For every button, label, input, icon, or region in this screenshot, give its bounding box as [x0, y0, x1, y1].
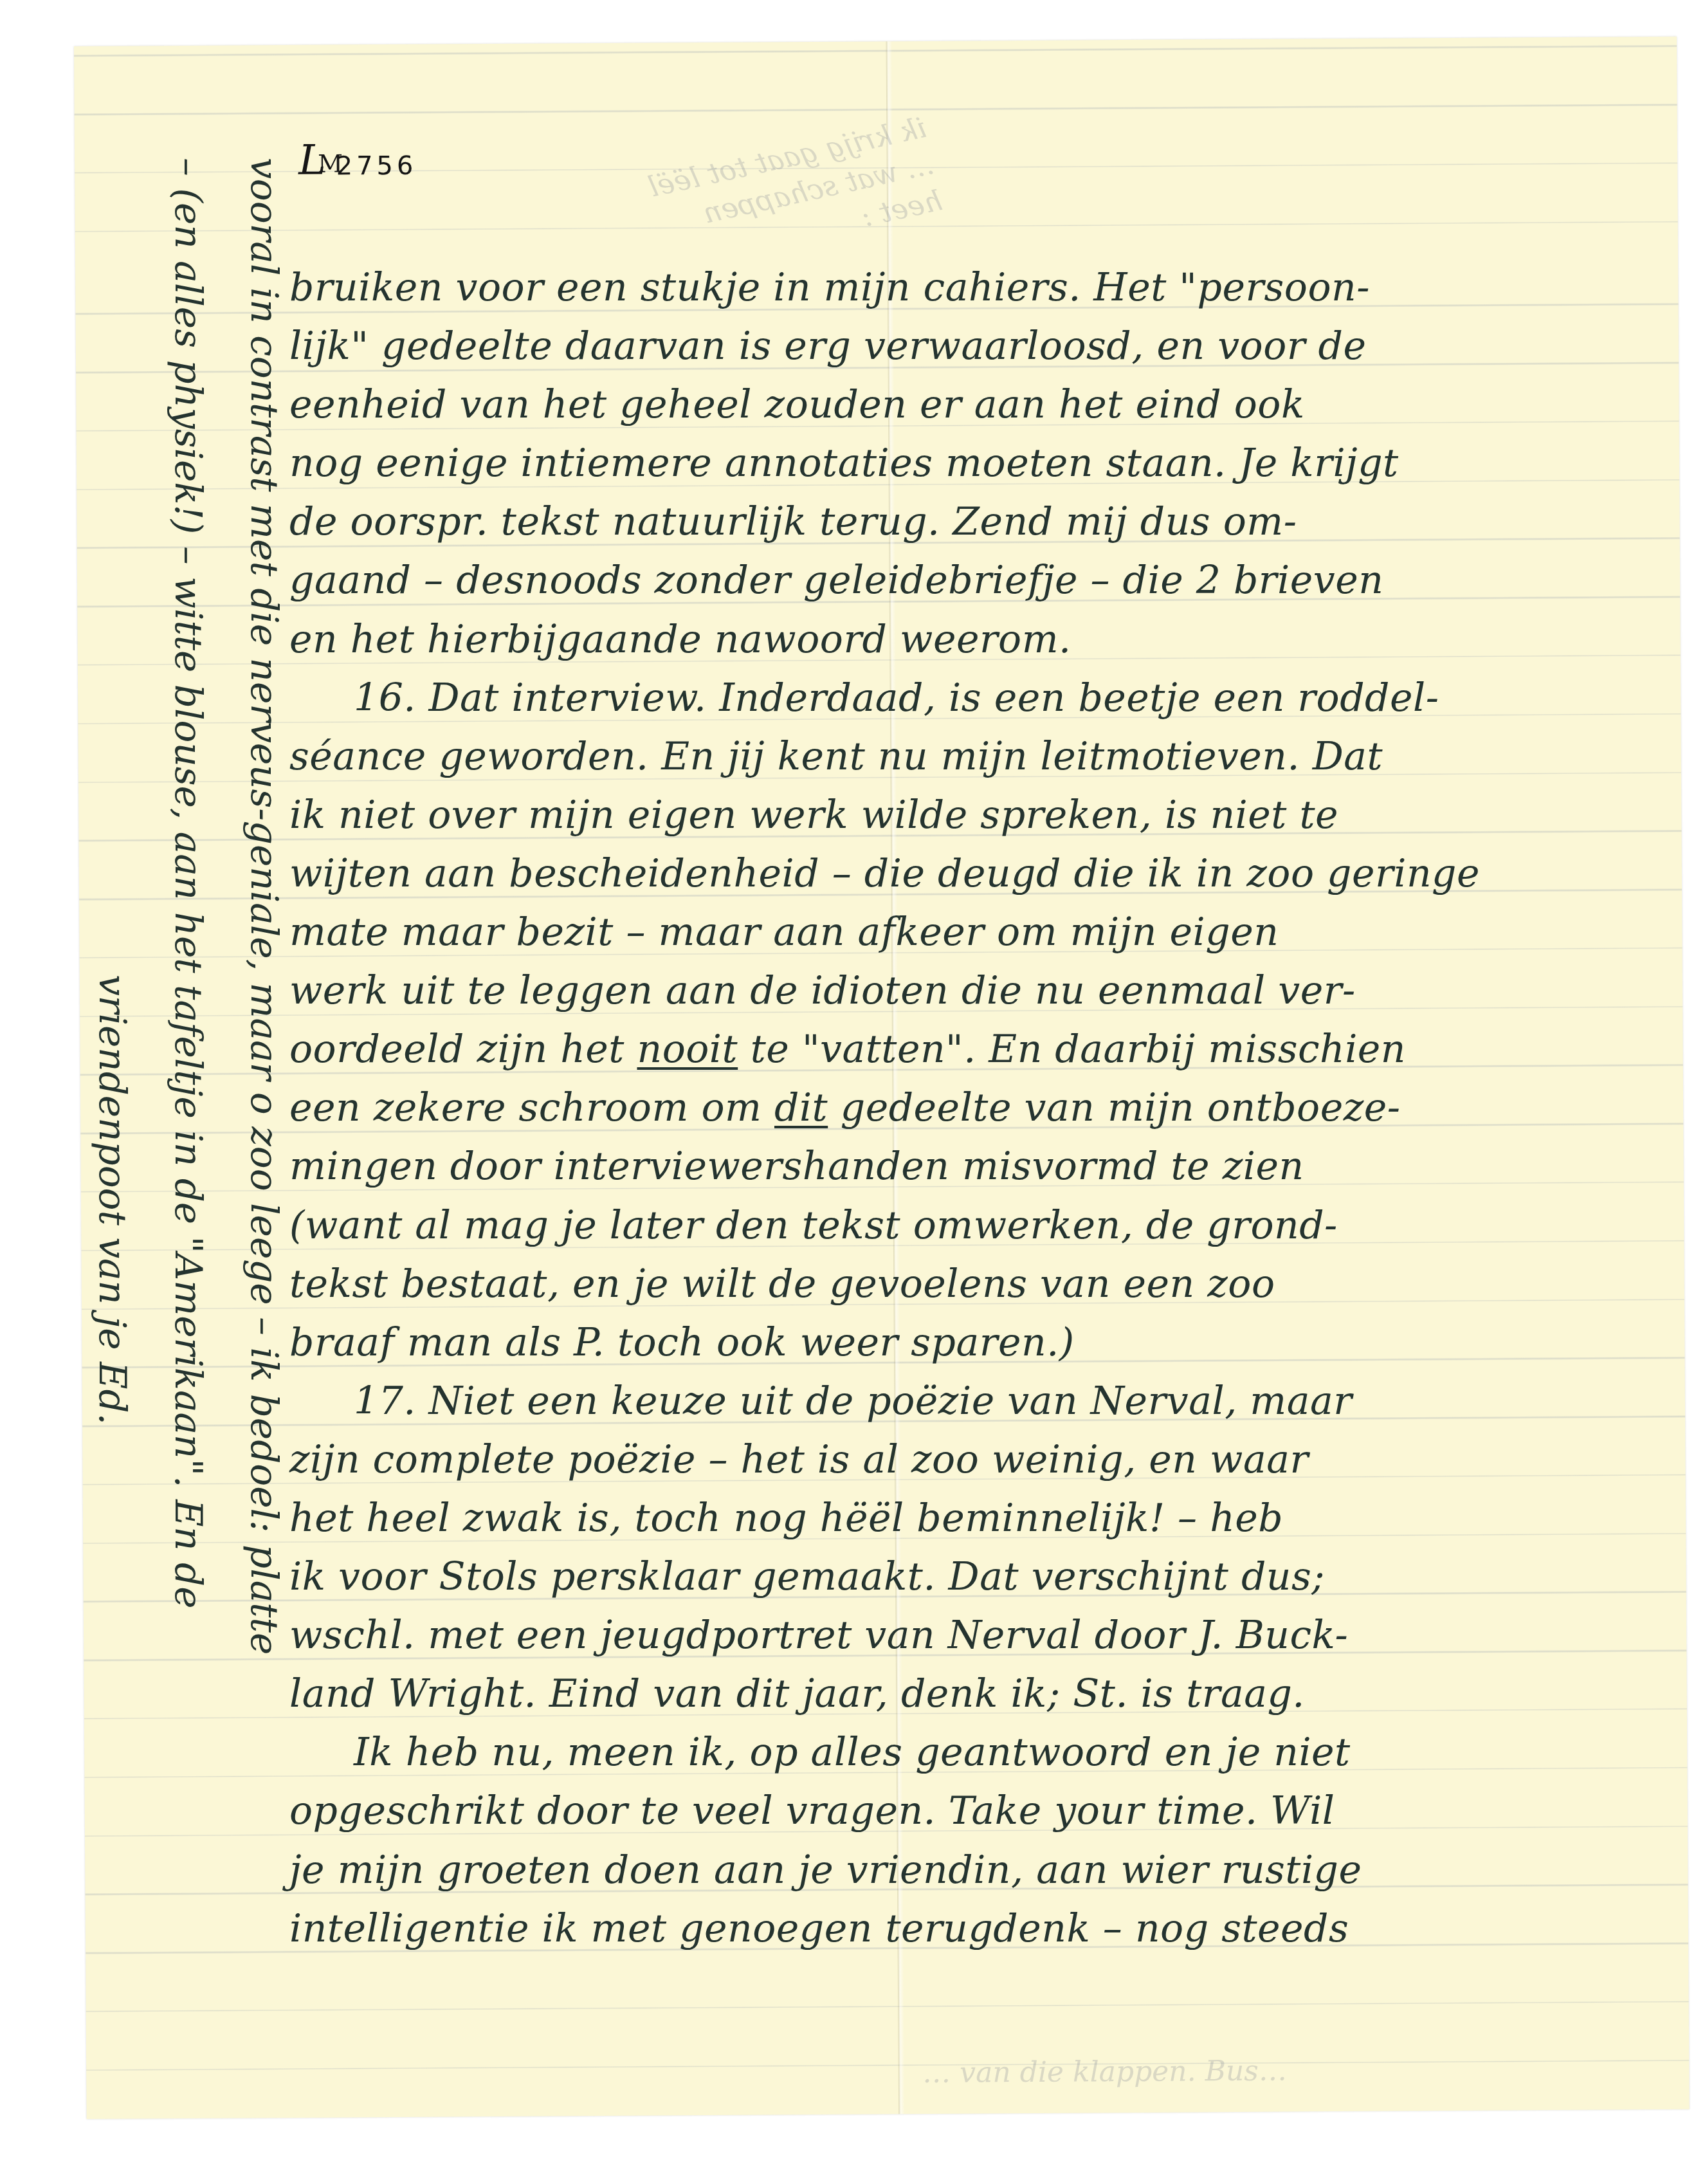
text-line: mingen door interviewershanden misvormd … — [289, 1137, 1685, 1196]
margin-note: vooral in contrast met die nerveus-genia… — [122, 158, 302, 1830]
margin-note-line: vooral in contrast met die nerveus-genia… — [226, 158, 302, 1830]
underlined-word: dit — [774, 1085, 828, 1130]
text-line: land Wright. Eind van dit jaar, denk ik;… — [289, 1665, 1685, 1723]
margin-note-line: – (en alles physiek!) – witte blouse, aa… — [150, 158, 226, 1830]
paragraph-17-start: 17. Niet een keuze uit de poëzie van Ner… — [289, 1372, 1685, 1431]
text-line: intelligentie ik met genoegen terugdenk … — [289, 1900, 1685, 1958]
monogram-lion-icon: LM — [298, 140, 326, 181]
text-line: wschl. met een jeugdportret van Nerval d… — [289, 1606, 1685, 1665]
text-line: de oorspr. tekst natuurlijk terug. Zend … — [289, 493, 1685, 551]
bleed-through-bottom: … van die klappen. Bus… — [922, 2053, 1287, 2092]
text-line: opgeschrikt door te veel vragen. Take yo… — [289, 1782, 1685, 1840]
text-line: ik voor Stols persklaar gemaakt. Dat ver… — [289, 1548, 1685, 1606]
text-line: zijn complete poëzie – het is al zoo wei… — [289, 1431, 1685, 1489]
paragraph-closing-start: Ik heb nu, meen ik, op alles geantwoord … — [289, 1723, 1685, 1782]
text-line: een zekere schroom om dit gedeelte van m… — [289, 1079, 1685, 1137]
text-line: werk uit te leggen aan de idioten die nu… — [289, 962, 1685, 1020]
text-line: wijten aan bescheidenheid – die deugd di… — [289, 845, 1685, 903]
text-line: en het hierbijgaande nawoord weerom. — [289, 610, 1685, 669]
text-line: het heel zwak is, toch nog hëël beminnel… — [289, 1489, 1685, 1548]
archive-stamp: LM 2756 — [298, 140, 417, 181]
text-line: mate maar bezit – maar aan afkeer om mij… — [289, 903, 1685, 962]
text-line: tekst bestaat, en je wilt de gevoelens v… — [289, 1255, 1685, 1314]
text-line: gaand – desnoods zonder geleidebriefje –… — [289, 551, 1685, 610]
text-line: nog eenige intiemere annotaties moeten s… — [289, 434, 1685, 493]
margin-note-signature: vriendenpoot van je Ed. — [75, 158, 150, 1830]
paragraph-16-start: 16. Dat interview. Inderdaad, is een bee… — [289, 669, 1685, 728]
text-line: (want al mag je later den tekst omwerken… — [289, 1197, 1685, 1255]
archive-number: 2756 — [336, 151, 417, 181]
text-line: je mijn groeten doen aan je vriendin, aa… — [289, 1841, 1685, 1900]
text-line: eenheid van het geheel zouden er aan het… — [289, 376, 1685, 434]
text-line: ik niet over mijn eigen werk wilde sprek… — [289, 786, 1685, 845]
text-line: oordeeld zijn het nooit te "vatten". En … — [289, 1020, 1685, 1079]
text-line: bruiken voor een stukje in mijn cahiers.… — [289, 259, 1685, 317]
text-line: lijk" gedeelte daarvan is erg verwaarloo… — [289, 317, 1685, 376]
underlined-word: nooit — [637, 1027, 738, 1072]
bleed-through-top: ik krijg gaat tot lëël … wat schappen he… — [645, 109, 946, 279]
text-line: séance geworden. En jij kent nu mijn lei… — [289, 728, 1685, 786]
text-line: braaf man als P. toch ook weer sparen.) — [289, 1314, 1685, 1372]
letter-body: bruiken voor een stukje in mijn cahiers.… — [289, 259, 1685, 1958]
